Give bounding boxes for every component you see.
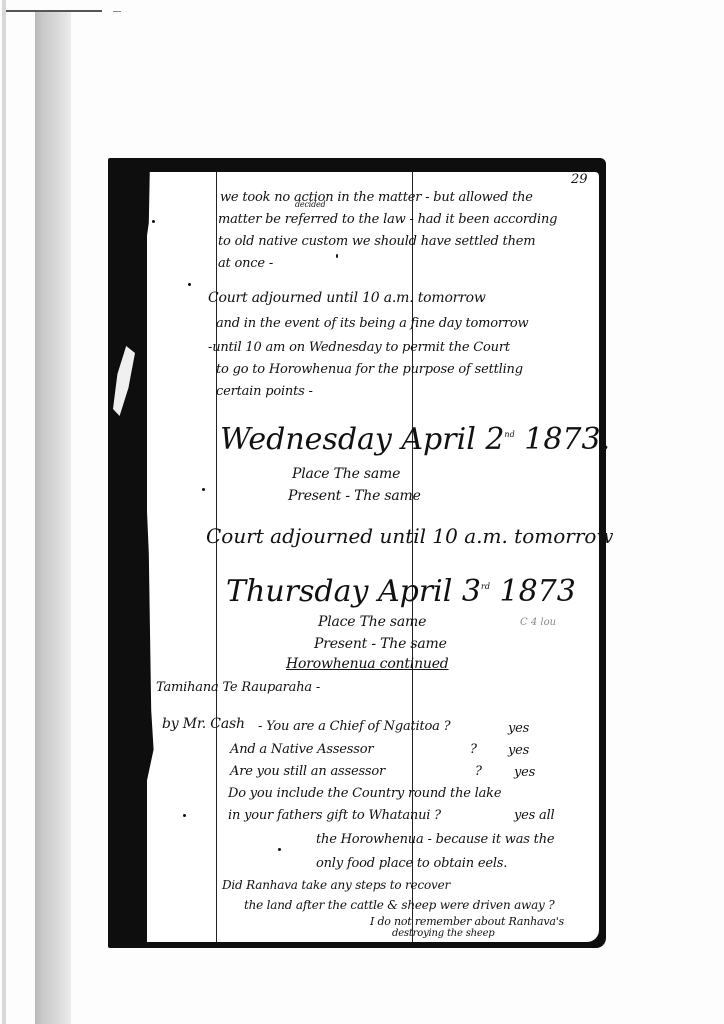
handwritten-line: at once -	[218, 256, 273, 271]
adjourn-line: Court adjourned until 10 a.m. tomorrow	[206, 524, 614, 548]
question-2: the land after the cattle & sheep were d…	[244, 898, 555, 912]
year: 1873	[500, 574, 576, 609]
handwritten-line: we took no action in the matter - but al…	[220, 190, 533, 205]
scanner-top-mark	[113, 11, 121, 12]
handwritten-line: to old native custom we should have sett…	[218, 234, 535, 249]
ruled-line-left	[216, 172, 217, 942]
place-line: Place The same	[292, 466, 400, 482]
question-mark: ?	[475, 764, 482, 779]
heading-text: Wednesday April 2	[220, 422, 504, 457]
ordinal: nd	[504, 430, 514, 439]
scanner-edge-line	[2, 0, 6, 1024]
ink-speck	[183, 814, 186, 817]
ink-speck	[152, 220, 155, 223]
answer: yes	[508, 743, 529, 758]
handwritten-line: matter be referred to the law - had it b…	[218, 212, 557, 227]
handwritten-line: and in the event of its being a fine day…	[216, 316, 528, 331]
examiner: by Mr. Cash	[162, 716, 245, 732]
binding-shadow	[35, 12, 71, 1024]
ink-speck	[336, 254, 338, 258]
page-paper	[147, 172, 599, 942]
present-line: Present - The same	[288, 488, 421, 504]
date-heading-wednesday: Wednesday April 2nd 1873.	[220, 422, 610, 457]
answer: yes	[508, 721, 529, 736]
handwritten-line: Court adjourned until 10 a.m. tomorrow	[208, 290, 486, 306]
pencil-note: C 4 lou	[520, 617, 556, 628]
handwritten-line: -until 10 am on Wednesday to permit the …	[208, 340, 510, 355]
question-mark: ?	[470, 742, 477, 757]
case-name: Horowhenua continued	[286, 656, 449, 672]
case-title: Horowhenua continued	[286, 656, 449, 672]
question: Do you include the Country round the lak…	[228, 786, 501, 801]
handwritten-line: certain points -	[216, 384, 313, 399]
answer-2: destroying the sheep	[392, 928, 495, 939]
question: And a Native Assessor	[230, 742, 373, 757]
question: Are you still an assessor	[230, 764, 385, 779]
answer-2: I do not remember about Ranhava's	[370, 915, 564, 928]
present-line: Present - The same	[314, 636, 447, 652]
question-2: Did Ranhava take any steps to recover	[222, 878, 450, 892]
ruled-line-middle	[412, 172, 413, 942]
answer-continued: only food place to obtain eels.	[316, 856, 507, 871]
answer: yes all	[514, 808, 555, 823]
question: - You are a Chief of Ngatitoa ?	[258, 719, 450, 734]
ink-speck	[202, 488, 205, 491]
handwritten-line: to go to Horowhenua for the purpose of s…	[216, 362, 523, 377]
heading-text: Thursday April 3	[226, 574, 481, 609]
ink-speck	[188, 283, 191, 286]
date-heading-thursday: Thursday April 3rd 1873	[226, 574, 576, 609]
place-line: Place The same	[318, 614, 426, 630]
answer: yes	[514, 765, 535, 780]
page-number: 29	[571, 172, 588, 187]
ink-speck	[278, 848, 281, 851]
question: in your fathers gift to Whatanui ?	[228, 808, 441, 823]
ordinal: rd	[481, 582, 490, 591]
insertion-note: decided	[295, 200, 325, 209]
witness-name: Tamihana Te Rauparaha -	[156, 680, 320, 695]
year: 1873.	[524, 422, 610, 457]
answer-continued: the Horowhenua - because it was the	[316, 832, 554, 847]
